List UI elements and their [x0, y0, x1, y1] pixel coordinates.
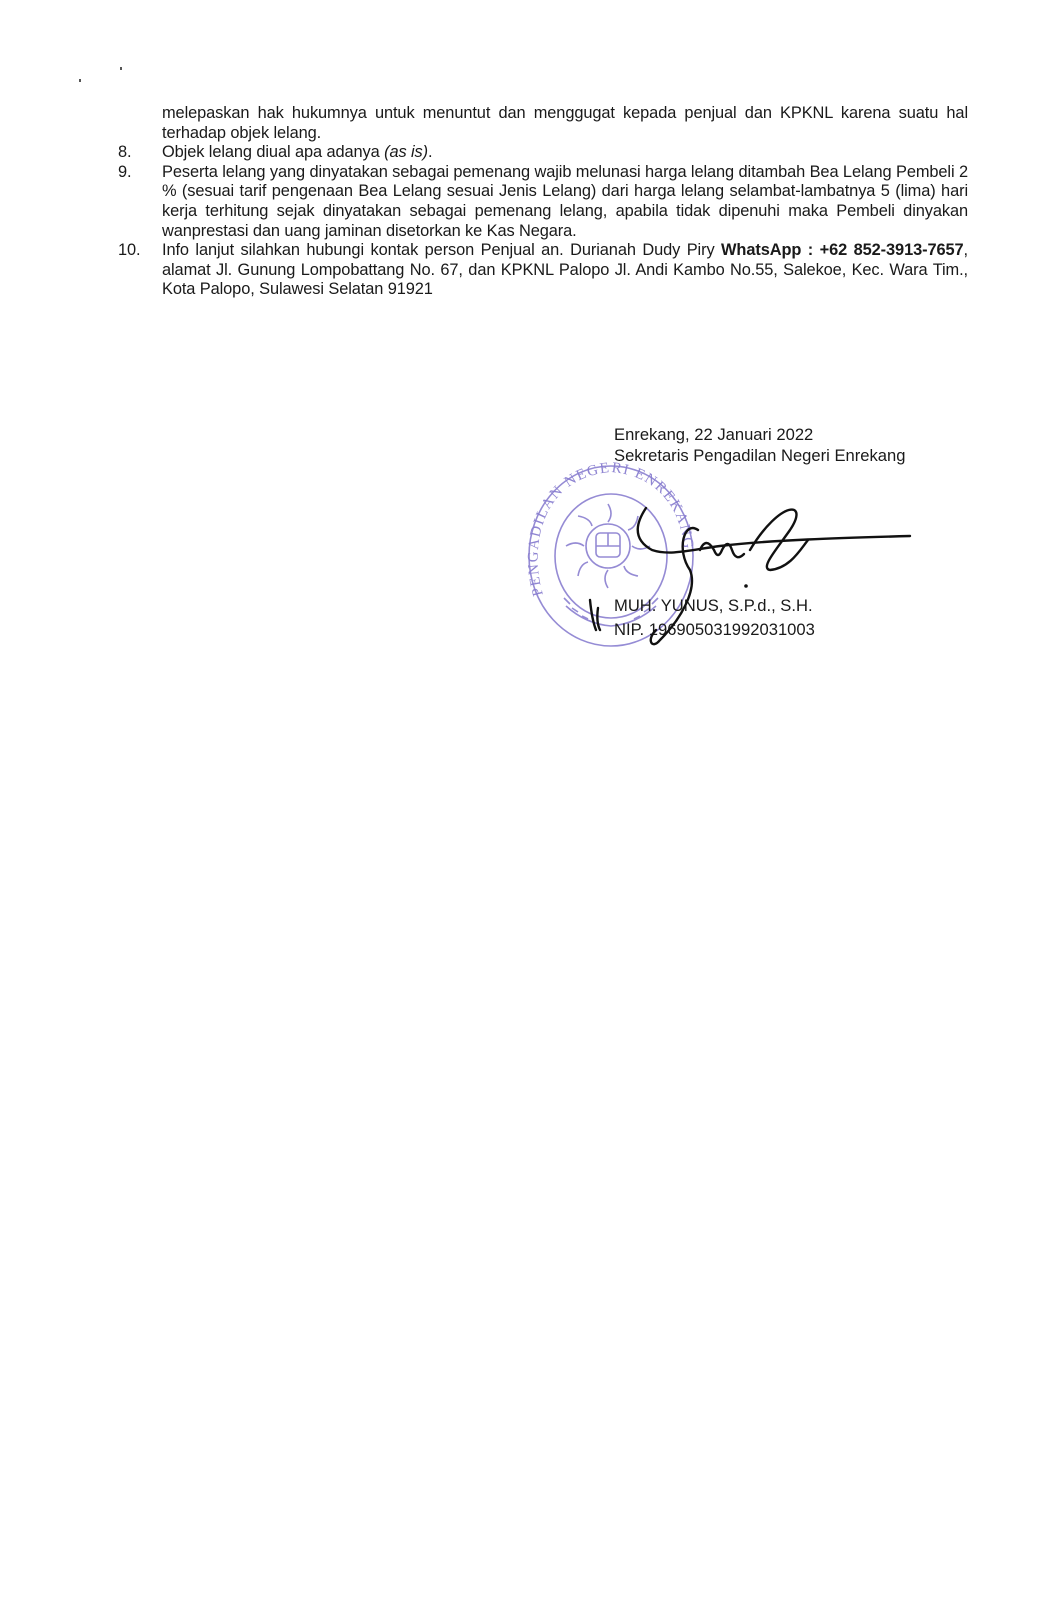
paragraph-text: melepaskan hak hukumnya untuk menuntut d…	[162, 104, 968, 143]
list-number	[118, 104, 162, 143]
signatory-name: MUH. YUNUS, S.P.d., S.H.	[614, 596, 813, 616]
paragraph-continuation: melepaskan hak hukumnya untuk menuntut d…	[118, 104, 968, 143]
list-number: 9.	[118, 163, 162, 241]
signature-block: Enrekang, 22 Januari 2022 Sekretaris Pen…	[614, 424, 906, 466]
paragraph-text: Objek lelang diual apa adanya (as is).	[162, 143, 968, 163]
list-item-10: 10. Info lanjut silahkan hubungi kontak …	[118, 241, 968, 300]
document-body: melepaskan hak hukumnya untuk menuntut d…	[118, 104, 968, 300]
list-number: 10.	[118, 241, 162, 300]
scan-artifact	[79, 79, 81, 82]
svg-text:PENGADILAN NEGERI ENREKANG: PENGADILAN NEGERI ENREKANG	[526, 460, 696, 598]
signatory-position: Sekretaris Pengadilan Negeri Enrekang	[614, 445, 906, 466]
stamp-text: PENGADILAN NEGERI ENREKANG	[526, 460, 696, 598]
list-number: 8.	[118, 143, 162, 163]
scan-artifact	[120, 67, 122, 70]
paragraph-text: Info lanjut silahkan hubungi kontak pers…	[162, 241, 968, 300]
paragraph-text: Peserta lelang yang dinyatakan sebagai p…	[162, 163, 968, 241]
whatsapp-contact: WhatsApp : +62 852-3913-7657	[721, 241, 963, 259]
list-item-9: 9. Peserta lelang yang dinyatakan sebaga…	[118, 163, 968, 241]
list-item-8: 8. Objek lelang diual apa adanya (as is)…	[118, 143, 968, 163]
place-date: Enrekang, 22 Januari 2022	[614, 424, 906, 445]
signatory-nip: NIP. 196905031992031003	[614, 620, 815, 640]
